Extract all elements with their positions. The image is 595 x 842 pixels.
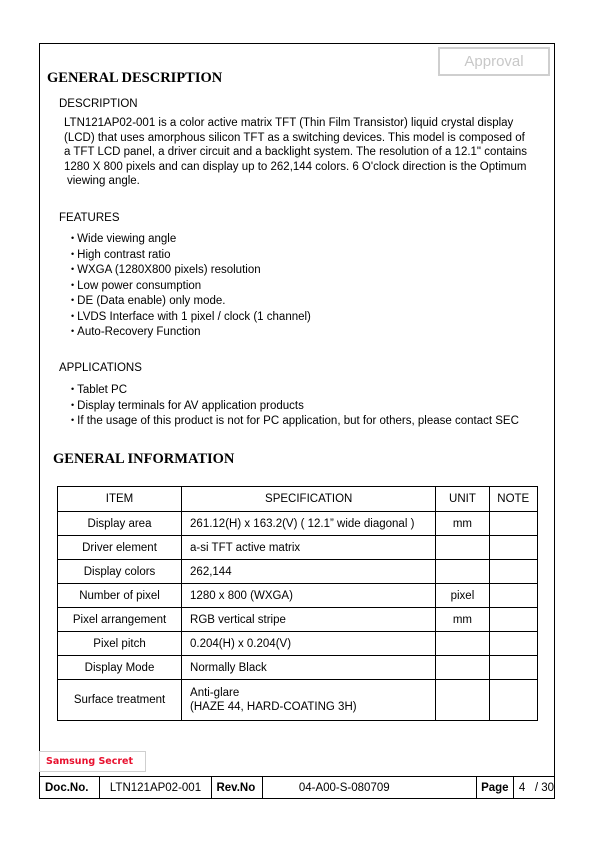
cell-item: Surface treatment xyxy=(58,680,182,721)
feature-item: WXGA (1280X800 pixels) resolution xyxy=(71,262,311,278)
general-information-heading: GENERAL INFORMATION xyxy=(53,451,234,468)
cell-item: Display Mode xyxy=(58,656,182,680)
cell-unit: pixel xyxy=(436,584,489,608)
features-label: FEATURES xyxy=(59,212,120,224)
cell-unit xyxy=(436,536,489,560)
table-row: Display colors 262,144 xyxy=(58,560,538,584)
description-line: LTN121AP02-001 is a color active matrix … xyxy=(64,116,556,131)
page-current: 4 xyxy=(519,782,525,794)
cell-item: Pixel pitch xyxy=(58,632,182,656)
feature-item: High contrast ratio xyxy=(71,247,311,263)
cell-item: Number of pixel xyxy=(58,584,182,608)
general-description-heading: GENERAL DESCRIPTION xyxy=(47,70,222,87)
description-line: (LCD) that uses amorphous silicon TFT as… xyxy=(64,131,556,146)
column-header-item: ITEM xyxy=(58,487,182,512)
table-row: Display Mode Normally Black xyxy=(58,656,538,680)
feature-item: Low power consumption xyxy=(71,278,311,294)
application-item: Tablet PC xyxy=(71,382,519,398)
page-total: / 30 xyxy=(535,782,554,794)
cell-item: Display area xyxy=(58,512,182,536)
cell-spec: 0.204(H) x 0.204(V) xyxy=(182,632,436,656)
features-list: Wide viewing angle High contrast ratio W… xyxy=(71,231,311,340)
cell-note xyxy=(489,512,538,536)
classification-label: Samsung Secret xyxy=(39,751,146,772)
cell-spec: a-si TFT active matrix xyxy=(182,536,436,560)
rev-no-value: 04-A00-S-080709 xyxy=(262,777,476,799)
table-row: Pixel arrangement RGB vertical stripe mm xyxy=(58,608,538,632)
cell-item: Driver element xyxy=(58,536,182,560)
description-label: DESCRIPTION xyxy=(59,98,138,110)
cell-unit: mm xyxy=(436,512,489,536)
rev-no-label: Rev.No xyxy=(212,777,262,799)
applications-list: Tablet PC Display terminals for AV appli… xyxy=(71,382,519,429)
feature-item: Wide viewing angle xyxy=(71,231,311,247)
footer-row: Doc.No. LTN121AP02-001 Rev.No 04-A00-S-0… xyxy=(40,777,555,799)
page-number: 4 / 30 xyxy=(513,777,554,799)
feature-item: LVDS Interface with 1 pixel / clock (1 c… xyxy=(71,309,311,325)
doc-no-value: LTN121AP02-001 xyxy=(99,777,212,799)
application-item: If the usage of this product is not for … xyxy=(71,413,519,429)
approval-stamp: Approval xyxy=(438,47,550,76)
cell-spec-line: Anti-glare xyxy=(190,686,435,700)
feature-item: DE (Data enable) only mode. xyxy=(71,293,311,309)
table-row: Driver element a-si TFT active matrix xyxy=(58,536,538,560)
cell-note xyxy=(489,560,538,584)
cell-unit: mm xyxy=(436,608,489,632)
footer-table: Doc.No. LTN121AP02-001 Rev.No 04-A00-S-0… xyxy=(39,776,555,799)
cell-item: Display colors xyxy=(58,560,182,584)
column-header-unit: UNIT xyxy=(436,487,489,512)
table-row: Number of pixel 1280 x 800 (WXGA) pixel xyxy=(58,584,538,608)
table-row: Surface treatment Anti-glare (HAZE 44, H… xyxy=(58,680,538,721)
cell-item: Pixel arrangement xyxy=(58,608,182,632)
description-line: a TFT LCD panel, a driver circuit and a … xyxy=(64,145,556,160)
general-information-table: ITEM SPECIFICATION UNIT NOTE Display are… xyxy=(57,486,538,721)
doc-no-label: Doc.No. xyxy=(40,777,100,799)
page-label: Page xyxy=(476,777,513,799)
cell-spec: 261.12(H) x 163.2(V) ( 12.1” wide diagon… xyxy=(182,512,436,536)
application-item: Display terminals for AV application pro… xyxy=(71,398,519,414)
description-paragraph: LTN121AP02-001 is a color active matrix … xyxy=(64,116,556,189)
column-header-specification: SPECIFICATION xyxy=(182,487,436,512)
cell-unit xyxy=(436,680,489,721)
cell-unit xyxy=(436,632,489,656)
cell-spec: Anti-glare (HAZE 44, HARD-COATING 3H) xyxy=(182,680,436,721)
table-row: Pixel pitch 0.204(H) x 0.204(V) xyxy=(58,632,538,656)
cell-note xyxy=(489,536,538,560)
cell-note xyxy=(489,680,538,721)
cell-note xyxy=(489,656,538,680)
table-row: Display area 261.12(H) x 163.2(V) ( 12.1… xyxy=(58,512,538,536)
cell-spec: Normally Black xyxy=(182,656,436,680)
cell-spec: RGB vertical stripe xyxy=(182,608,436,632)
column-header-note: NOTE xyxy=(489,487,538,512)
description-line: viewing angle. xyxy=(64,174,556,189)
feature-item: Auto-Recovery Function xyxy=(71,324,311,340)
table-header-row: ITEM SPECIFICATION UNIT NOTE xyxy=(58,487,538,512)
cell-spec: 262,144 xyxy=(182,560,436,584)
cell-note xyxy=(489,608,538,632)
cell-unit xyxy=(436,560,489,584)
cell-spec-line: (HAZE 44, HARD-COATING 3H) xyxy=(190,700,435,714)
cell-unit xyxy=(436,656,489,680)
applications-label: APPLICATIONS xyxy=(59,362,142,374)
cell-spec: 1280 x 800 (WXGA) xyxy=(182,584,436,608)
cell-note xyxy=(489,632,538,656)
description-line: 1280 X 800 pixels and can display up to … xyxy=(64,160,556,175)
cell-note xyxy=(489,584,538,608)
